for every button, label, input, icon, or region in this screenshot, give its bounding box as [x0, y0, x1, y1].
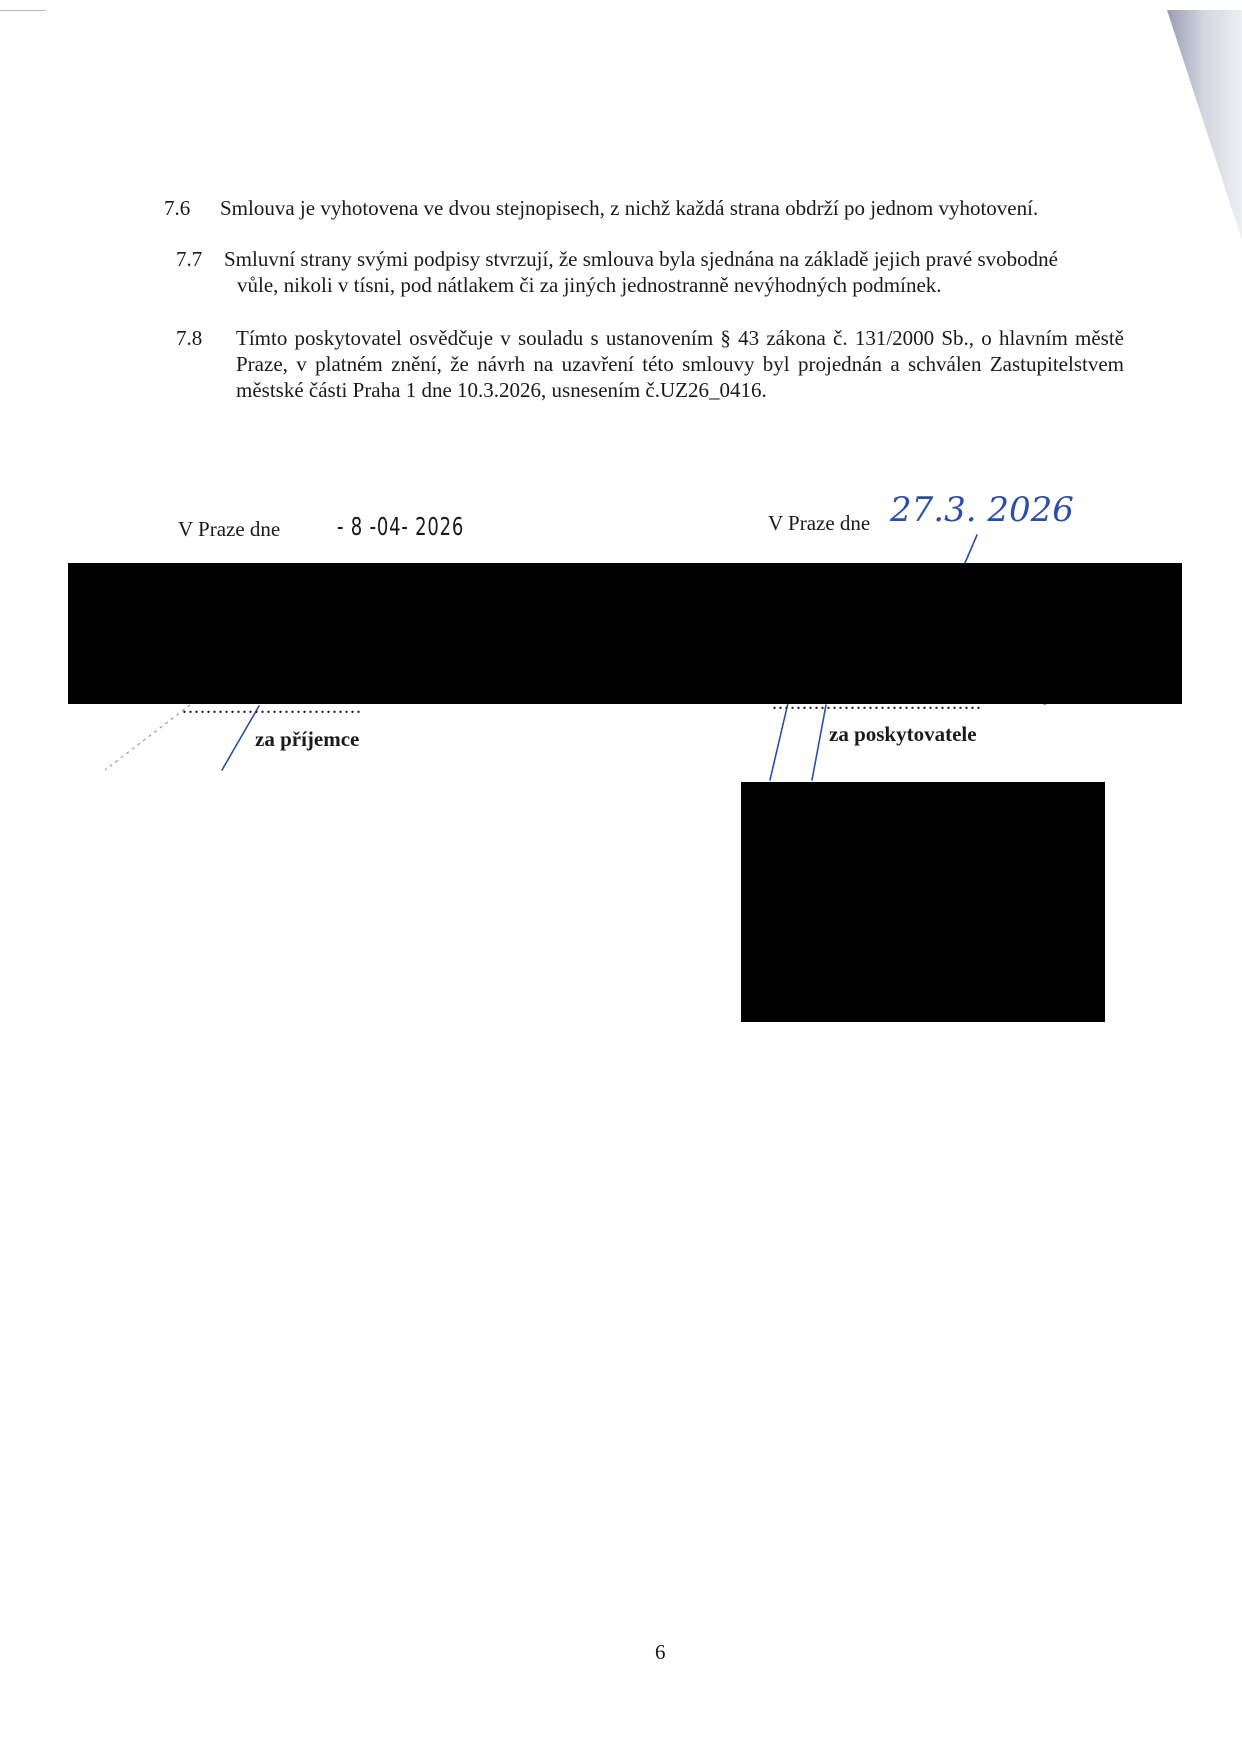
date-stamp-left: - 8 -04- 2026 — [337, 512, 464, 541]
redacted-signature-block — [68, 563, 1182, 704]
place-date-label-right: V Praze dne — [768, 511, 870, 536]
clause-text: Smlouva je vyhotovena ve dvou stejnopise… — [220, 195, 1038, 221]
clause-text-line: vůle, nikoli v tísni, pod nátlakem či za… — [237, 272, 942, 298]
signatory-role-provider: za poskytovatele — [829, 722, 977, 747]
clause-number: 7.7 — [176, 246, 202, 272]
place-date-label-left: V Praze dne — [178, 517, 280, 542]
clause-text-line: Smluvní strany svými podpisy stvrzují, ž… — [224, 246, 1058, 272]
handwritten-date-right: 27.3. 2026 — [890, 490, 1074, 530]
page-number: 6 — [655, 1640, 666, 1665]
page-curl-shadow — [1165, 10, 1242, 240]
signature-line-left: .............................. — [182, 696, 362, 719]
signatory-role-recipient: za příjemce — [255, 727, 359, 752]
clause-number: 7.6 — [164, 195, 190, 221]
scan-edge-mark — [0, 10, 46, 11]
signature-line-right: ................................... — [772, 692, 982, 715]
clause-text: Tímto poskytovatel osvědčuje v souladu s… — [236, 325, 1124, 403]
clause-number: 7.8 — [176, 325, 202, 351]
redacted-stamp — [741, 782, 1105, 1022]
